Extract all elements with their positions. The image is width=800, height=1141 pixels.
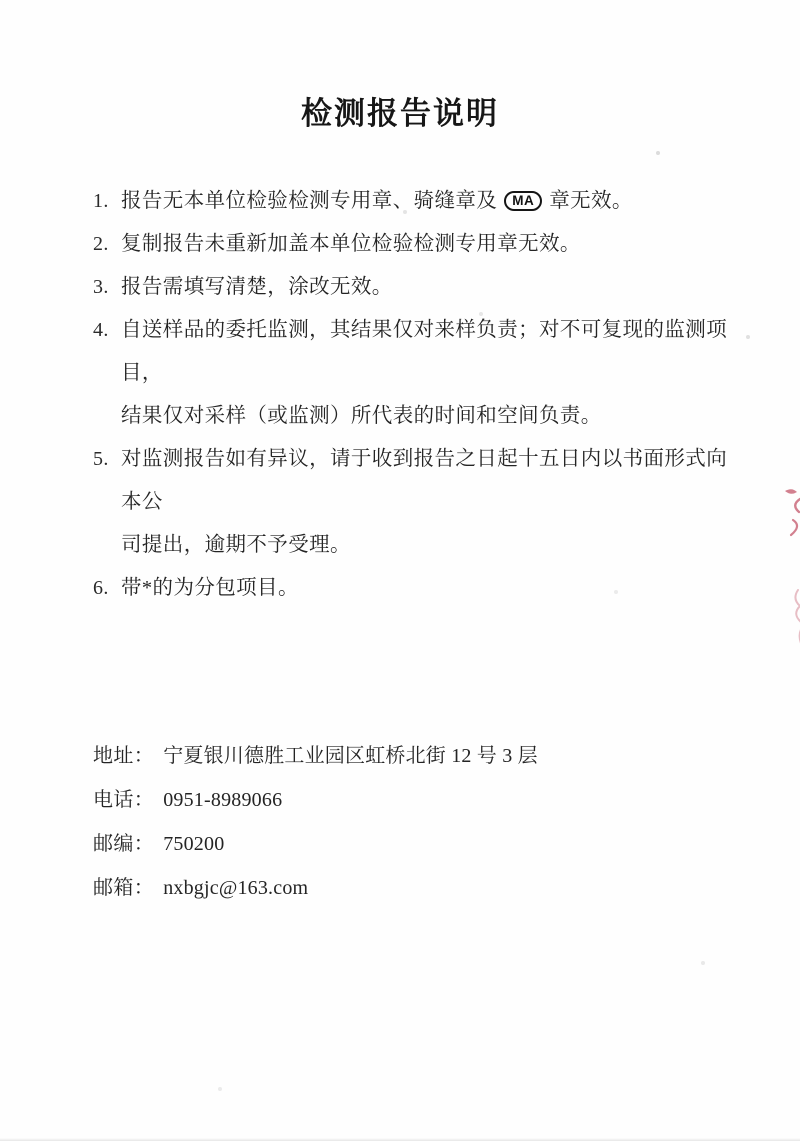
- list-item: 1. 报告无本单位检验检测专用章、骑缝章及MA章无效。: [93, 180, 743, 223]
- item-text-line: 司提出，逾期不予受理。: [121, 524, 743, 567]
- address-row: 地址：宁夏银川德胜工业园区虹桥北街 12 号 3 层: [93, 734, 538, 778]
- phone-label: 电话：: [93, 789, 154, 811]
- list-item: 5. 对监测报告如有异议，请于收到报告之日起十五日内以书面形式向本公 司提出，逾…: [93, 438, 743, 567]
- item-text-line: 结果仅对采样（或监测）所代表的时间和空间负责。: [121, 395, 743, 438]
- red-stamp-fragment: [784, 586, 800, 652]
- item-text-line: 对监测报告如有异议，请于收到报告之日起十五日内以书面形式向本公: [121, 438, 743, 524]
- address-label: 地址：: [93, 745, 154, 767]
- item-text-after-mark: 章无效。: [549, 190, 633, 212]
- item-text: 复制报告未重新加盖本单位检验检测专用章无效。: [121, 223, 743, 266]
- postcode-row: 邮编：750200: [93, 822, 538, 866]
- notes-list: 1. 报告无本单位检验检测专用章、骑缝章及MA章无效。 2. 复制报告未重新加盖…: [93, 180, 743, 610]
- list-item: 4. 自送样品的委托监测，其结果仅对来样负责；对不可复现的监测项目， 结果仅对采…: [93, 309, 743, 438]
- list-item: 3. 报告需填写清楚，涂改无效。: [93, 266, 743, 309]
- email-value: nxbgjc@163.com: [163, 877, 308, 899]
- address-value: 宁夏银川德胜工业园区虹桥北街 12 号 3 层: [163, 745, 538, 767]
- scan-noise-specks: [0, 0, 2, 2]
- item-number: 6.: [93, 567, 121, 610]
- item-number: 2.: [93, 223, 121, 266]
- phone-value: 0951-8989066: [163, 789, 282, 811]
- list-item: 6. 带*的为分包项目。: [93, 567, 743, 610]
- cma-accreditation-mark-icon: MA: [504, 191, 542, 211]
- list-item: 2. 复制报告未重新加盖本单位检验检测专用章无效。: [93, 223, 743, 266]
- report-notes-page: 检测报告说明 1. 报告无本单位检验检测专用章、骑缝章及MA章无效。 2. 复制…: [0, 0, 800, 1141]
- item-number: 4.: [93, 309, 121, 438]
- phone-row: 电话：0951-8989066: [93, 778, 538, 822]
- item-text-before-mark: 报告无本单位检验检测专用章、骑缝章及: [121, 190, 497, 212]
- item-text: 报告需填写清楚，涂改无效。: [121, 266, 743, 309]
- red-stamp-fragment: [778, 486, 800, 544]
- contact-block: 地址：宁夏银川德胜工业园区虹桥北街 12 号 3 层 电话：0951-89890…: [93, 734, 538, 910]
- item-text: 报告无本单位检验检测专用章、骑缝章及MA章无效。: [121, 180, 743, 223]
- item-number: 3.: [93, 266, 121, 309]
- postcode-value: 750200: [163, 833, 224, 855]
- item-text-line: 自送样品的委托监测，其结果仅对来样负责；对不可复现的监测项目，: [121, 309, 743, 395]
- email-label: 邮箱：: [93, 877, 154, 899]
- email-row: 邮箱：nxbgjc@163.com: [93, 866, 538, 910]
- item-text: 带*的为分包项目。: [121, 567, 743, 610]
- item-number: 1.: [93, 180, 121, 223]
- postcode-label: 邮编：: [93, 833, 154, 855]
- item-number: 5.: [93, 438, 121, 567]
- page-title: 检测报告说明: [0, 88, 800, 133]
